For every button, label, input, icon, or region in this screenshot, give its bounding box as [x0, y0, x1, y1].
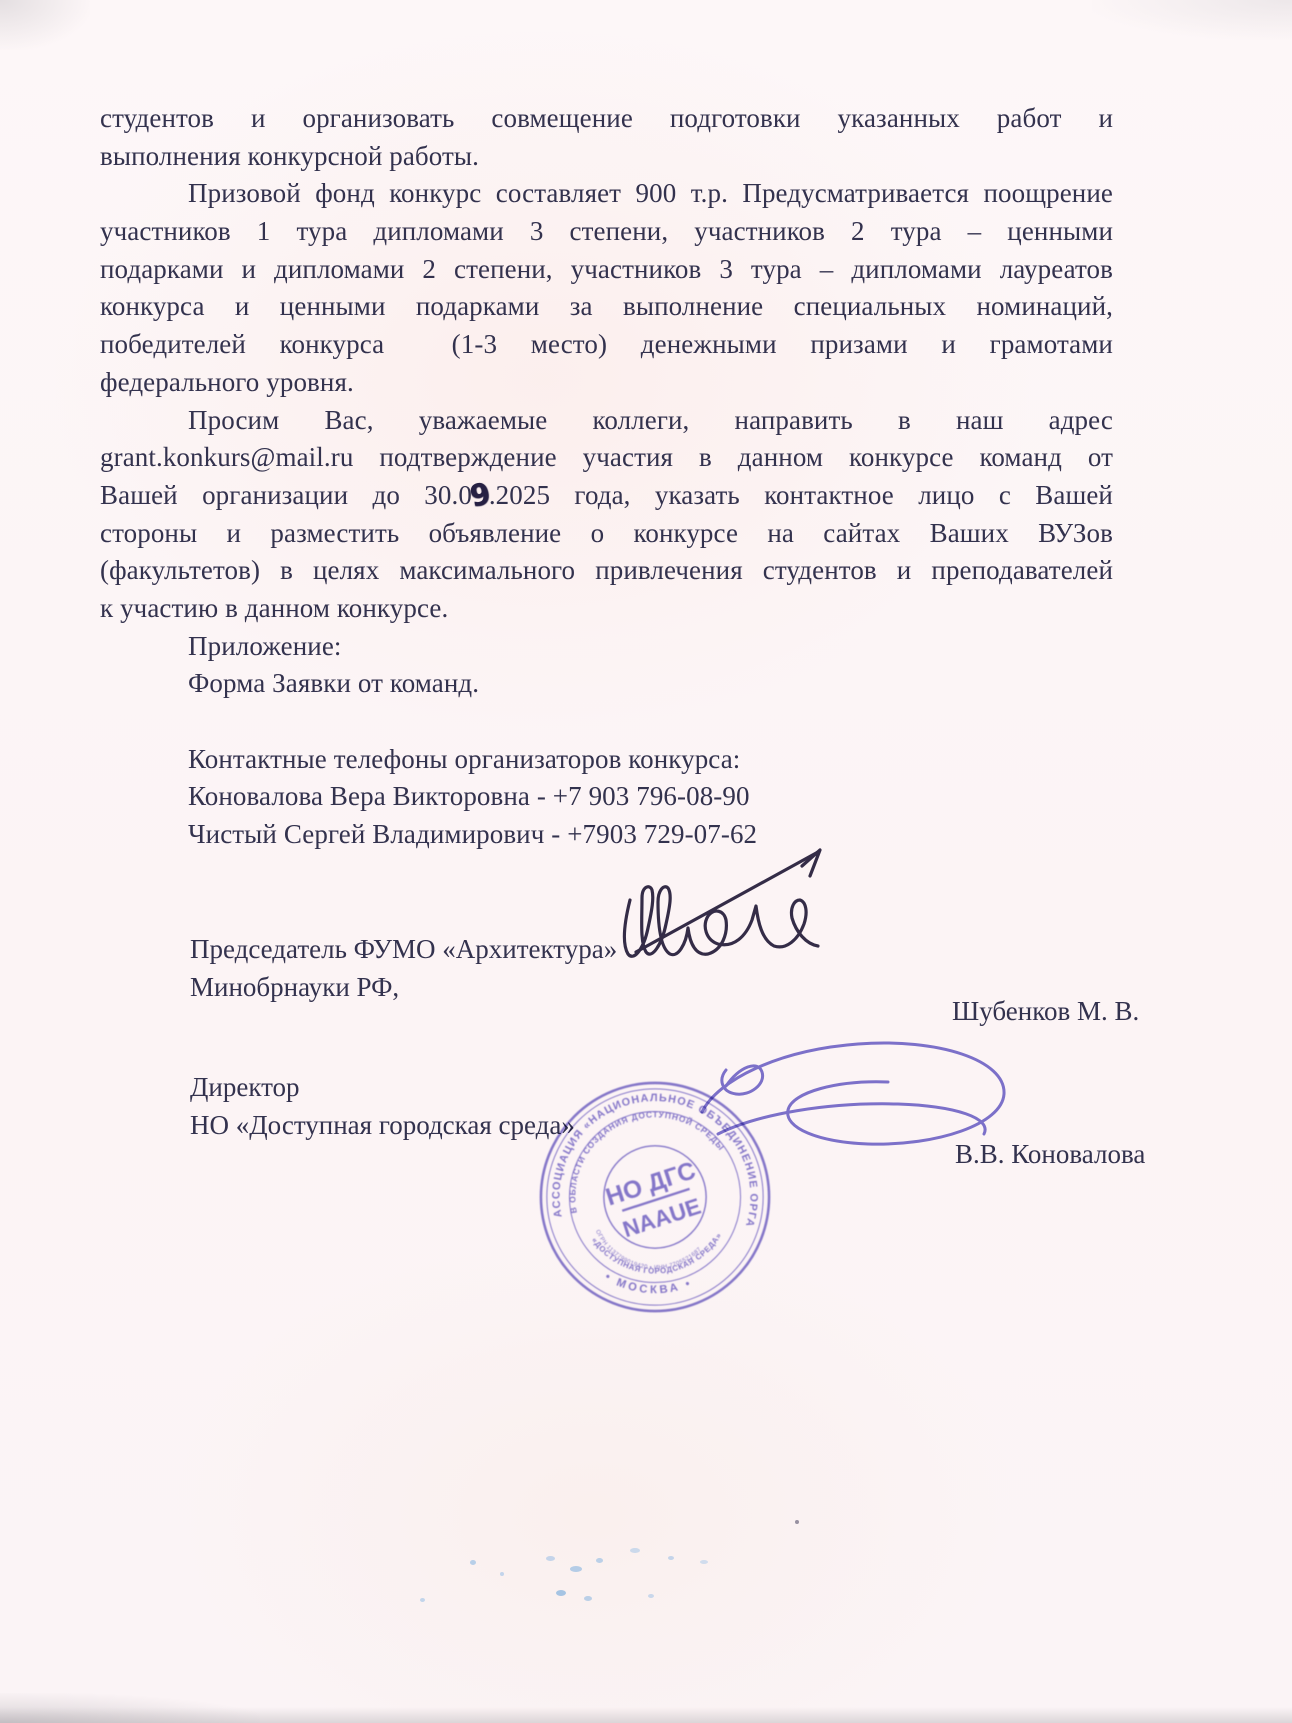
body-line: Призовой фонд конкурс составляет 900 т.р…	[100, 175, 1113, 213]
body-line: Чистый Сергей Владимирович - +7903 729-0…	[100, 816, 1113, 854]
body-line: Приложение:	[100, 628, 1113, 666]
signatory2-title-line2: НО «Доступная городская среда»	[190, 1110, 575, 1140]
scan-noise-speck	[596, 1558, 603, 1563]
body-line: подарками и дипломами 2 степени, участни…	[100, 251, 1113, 289]
scan-noise-speck	[470, 1560, 476, 1565]
scanner-corner-shadow	[0, 0, 90, 50]
scan-noise-speck	[556, 1590, 566, 1596]
body-line: победителей конкурса (1-3 место) денежны…	[100, 326, 1113, 364]
scan-noise-speck	[570, 1566, 582, 1572]
signatory2-title-line1: Директор	[190, 1072, 300, 1102]
scanner-corner-shadow	[1092, 0, 1292, 40]
body-line: (факультетов) в целях максимального прив…	[100, 552, 1113, 590]
body-line: конкурса и ценными подарками за выполнен…	[100, 288, 1113, 326]
signatory1-title-line1: Председатель ФУМО «Архитектура»	[190, 934, 617, 964]
body-line: grant.konkurs@mail.ru подтверждение учас…	[100, 439, 1113, 477]
scan-noise-speck	[630, 1548, 640, 1553]
scan-noise-speck	[500, 1572, 504, 1576]
date-text-after: .2025 года, указать контактное лицо с Ва…	[489, 480, 1113, 510]
body-line: федерального уровня.	[100, 364, 1113, 402]
scanner-corner-shadow	[0, 1693, 260, 1723]
scan-noise-speck	[420, 1598, 425, 1602]
body-line: Просим Вас, уважаемые коллеги, направить…	[100, 402, 1113, 440]
body-line: Контактные телефоны организаторов конкур…	[100, 741, 1113, 779]
scan-noise-speck	[546, 1556, 555, 1561]
body-line: Форма Заявки от команд.	[100, 665, 1113, 703]
scan-noise-speck	[700, 1560, 708, 1564]
body-line: Коновалова Вера Викторовна - +7 903 796-…	[100, 778, 1113, 816]
scan-noise-speck	[795, 1520, 799, 1524]
scanned-letter-page: студентов и организовать совмещение подг…	[0, 0, 1292, 1723]
body-line: выполнения конкурсной работы.	[100, 138, 1113, 176]
blank-line	[100, 703, 1113, 741]
body-line-with-date-correction: Вашей организации до 30.09.2025 года, ук…	[100, 477, 1113, 515]
body-line: участников 1 тура дипломами 3 степени, у…	[100, 213, 1113, 251]
signature2-handwriting	[688, 1016, 1018, 1176]
date-text-before: Вашей организации до 30.0	[100, 480, 472, 510]
signatory2-title: ДиректорНО «Доступная городская среда»	[190, 1068, 575, 1144]
scan-noise-speck	[648, 1594, 654, 1598]
letter-body: студентов и организовать совмещение подг…	[100, 100, 1113, 854]
scan-noise-speck	[584, 1596, 592, 1601]
signatory1-title: Председатель ФУМО «Архитектура»Минобрнау…	[190, 930, 617, 1006]
body-line: к участию в данном конкурсе.	[100, 590, 1113, 628]
body-line: стороны и разместить объявление о конкур…	[100, 515, 1113, 553]
scan-noise-speck	[668, 1556, 674, 1560]
signatory1-title-line2: Минобрнауки РФ,	[190, 972, 399, 1002]
signature1-handwriting	[612, 838, 842, 973]
body-line: студентов и организовать совмещение подг…	[100, 100, 1113, 138]
